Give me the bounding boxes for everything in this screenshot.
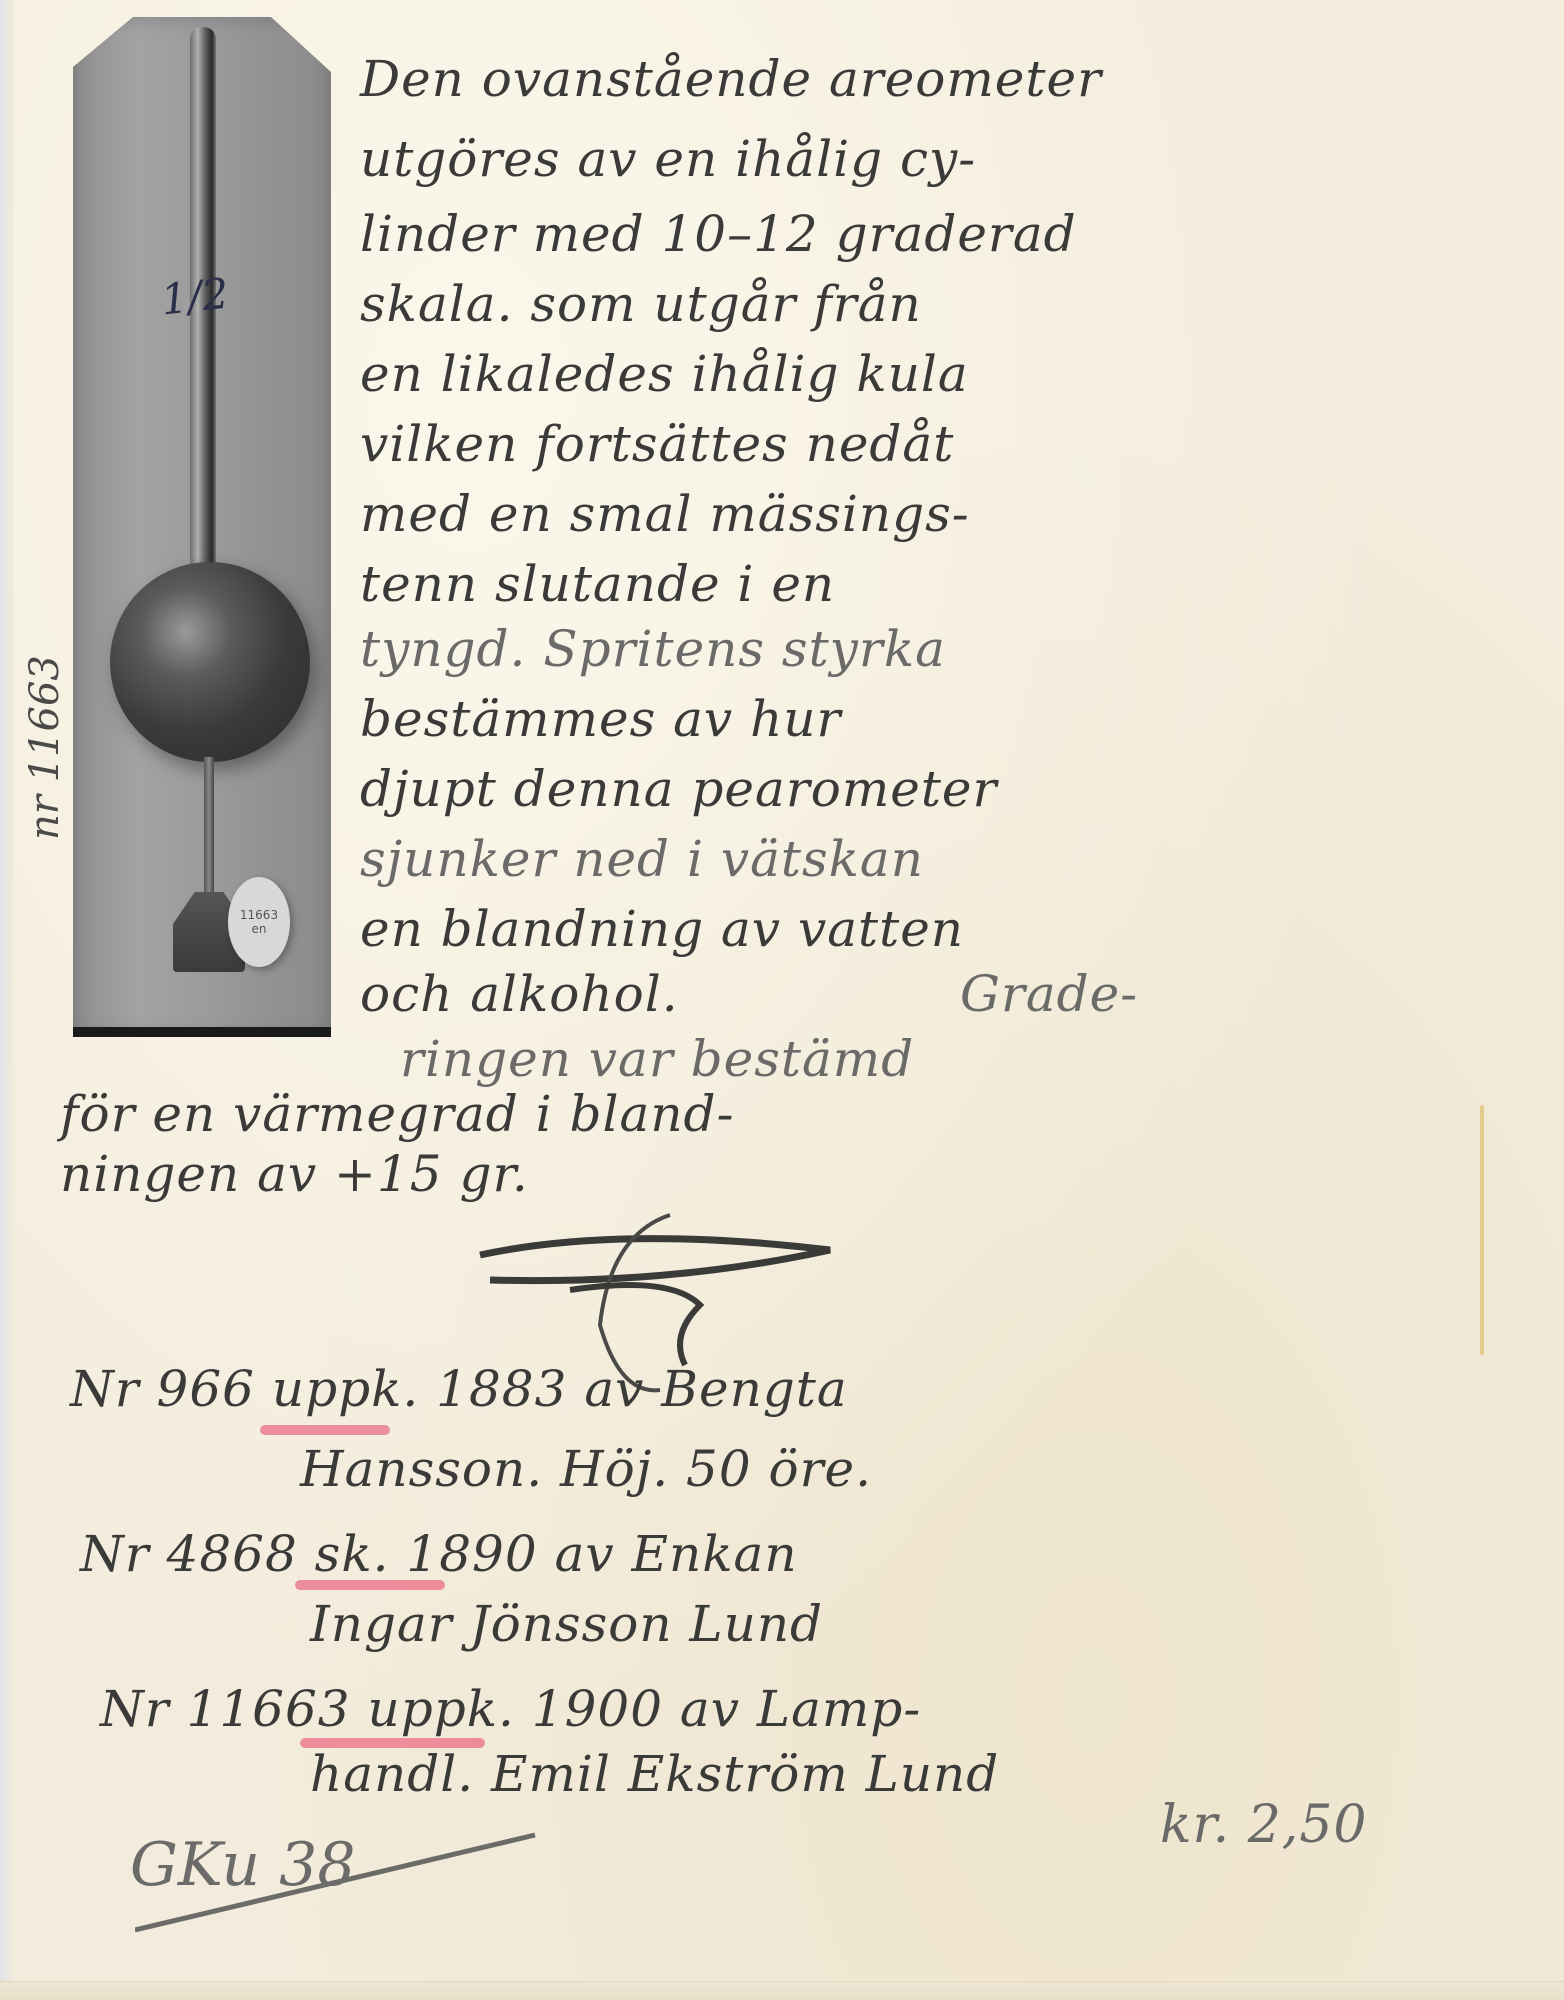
text-line: skala. som utgår från xyxy=(360,275,922,333)
text-line: linder med 10–12 graderad xyxy=(360,205,1077,263)
hollow-sphere xyxy=(110,562,310,762)
provenance-entry: handl. Emil Ekström Lund xyxy=(310,1745,999,1803)
margin-catalogue-number: nr 11663 xyxy=(22,780,68,840)
text-line: vilken fortsättes nedåt xyxy=(360,415,954,473)
text-line: djupt denna pearometer xyxy=(360,760,997,818)
red-highlight xyxy=(260,1425,390,1435)
tag-text: en xyxy=(252,922,267,936)
text-line: Den ovanstående areometer xyxy=(360,50,1102,108)
paper-edge-bottom xyxy=(0,1981,1564,2000)
text-line: tyngd. Spritens styrka xyxy=(360,620,946,678)
red-highlight xyxy=(295,1580,445,1590)
text-line: ringen var bestämd xyxy=(400,1030,914,1088)
catalogue-tag: 11663 en xyxy=(228,877,290,967)
text-line: och alkohol. xyxy=(360,965,679,1023)
provenance-entry: Nr 966 uppk. 1883 av Bengta xyxy=(70,1360,848,1418)
paper-edge-left xyxy=(0,0,14,2000)
document-sheet: 11663 en 1/2 nr 11663 Den ovanstående ar… xyxy=(0,0,1564,2000)
text-line: med en smal mässings- xyxy=(360,485,970,543)
instrument-photograph: 11663 en 1/2 xyxy=(73,17,331,1037)
text-line: bestämmes av hur xyxy=(360,690,841,748)
text-line: en likaledes ihålig kula xyxy=(360,345,969,403)
scale-annotation: 1/2 xyxy=(159,269,231,325)
provenance-entry: Ingar Jönsson Lund xyxy=(310,1595,823,1653)
text-line: Grade- xyxy=(960,965,1138,1023)
provenance-entry: Hansson. Höj. 50 öre. xyxy=(300,1440,872,1498)
provenance-entry: Nr 11663 uppk. 1900 av Lamp- xyxy=(100,1680,921,1738)
text-line: ningen av +15 gr. xyxy=(60,1145,529,1203)
text-line: utgöres av en ihålig cy- xyxy=(360,130,976,188)
text-line: tenn slutande i en xyxy=(360,555,835,613)
price: kr. 2,50 xyxy=(1160,1795,1368,1855)
paper-stain xyxy=(1480,1105,1484,1355)
provenance-entry: Nr 4868 sk. 1890 av Enkan xyxy=(80,1525,798,1583)
text-line: för en värmegrad i bland- xyxy=(60,1085,734,1143)
signature: GKu 38 xyxy=(130,1830,356,1900)
text-line: en blandning av vatten xyxy=(360,900,964,958)
brass-stem xyxy=(204,757,214,907)
tag-number: 11663 xyxy=(240,908,278,922)
text-line: sjunker ned i vätskan xyxy=(360,830,924,888)
photo-border xyxy=(73,1027,331,1037)
